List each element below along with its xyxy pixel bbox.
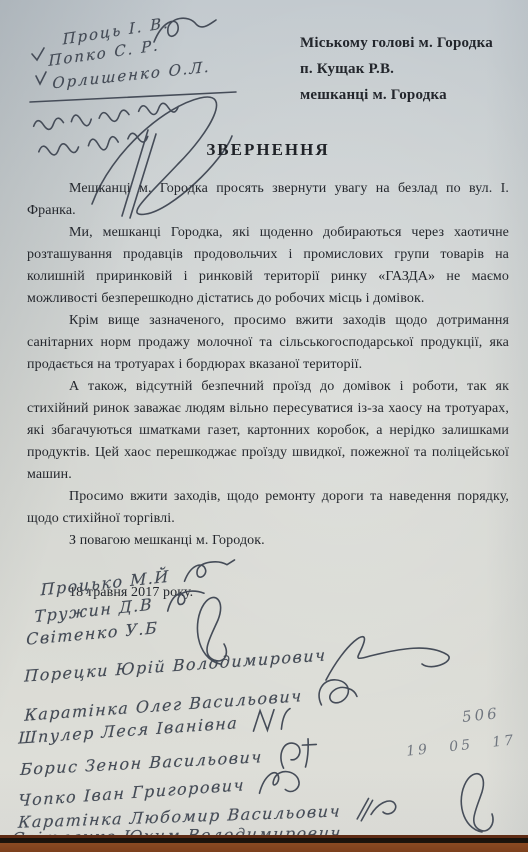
closing-line: З повагою мешканці м. Городок. <box>27 530 509 552</box>
document-photo: Проць І. В. Попко С. Р. Орлишенко О.Л. М… <box>0 0 528 852</box>
recipient-line: Міському голові м. Городка <box>300 30 525 56</box>
signature-flourish-icon <box>351 793 406 825</box>
body-paragraph: Мешканці м. Городка просять звернути ува… <box>27 178 509 222</box>
recipient-line: п. Кущак Р.В. <box>300 56 525 82</box>
body-paragraph: А також, відсутній безпечний проїзд до д… <box>27 376 509 486</box>
check-icon <box>30 46 46 62</box>
signature-flourish-icon <box>150 14 220 50</box>
letter-body: ЗВЕРНЕННЯ Мешканці м. Городка просять зв… <box>27 140 509 604</box>
check-icon <box>34 70 48 86</box>
margin-note-date: 19 05 17 <box>405 732 516 759</box>
margin-note-number: 506 <box>461 704 500 726</box>
signature-flourish-icon <box>452 766 500 836</box>
recipient-block: Міському голові м. Городка п. Кущак Р.В.… <box>300 30 525 108</box>
body-paragraph: Просимо вжити заходів, щодо ремонту доро… <box>27 486 509 530</box>
body-paragraph: Ми, мешканці Городка, які щоденно добира… <box>27 222 509 310</box>
table-edge <box>0 835 528 852</box>
recipient-line: мешканці м. Городка <box>300 82 525 108</box>
paper-sheet: Проць І. В. Попко С. Р. Орлишенко О.Л. М… <box>0 0 528 852</box>
page-title: ЗВЕРНЕННЯ <box>27 140 509 160</box>
signature-flourish-icon <box>247 704 293 735</box>
signature-flourish-icon <box>311 674 359 711</box>
body-paragraph: Крім вище зазначеного, просимо вжити зах… <box>27 310 509 376</box>
signature-flourish-icon <box>254 764 308 800</box>
